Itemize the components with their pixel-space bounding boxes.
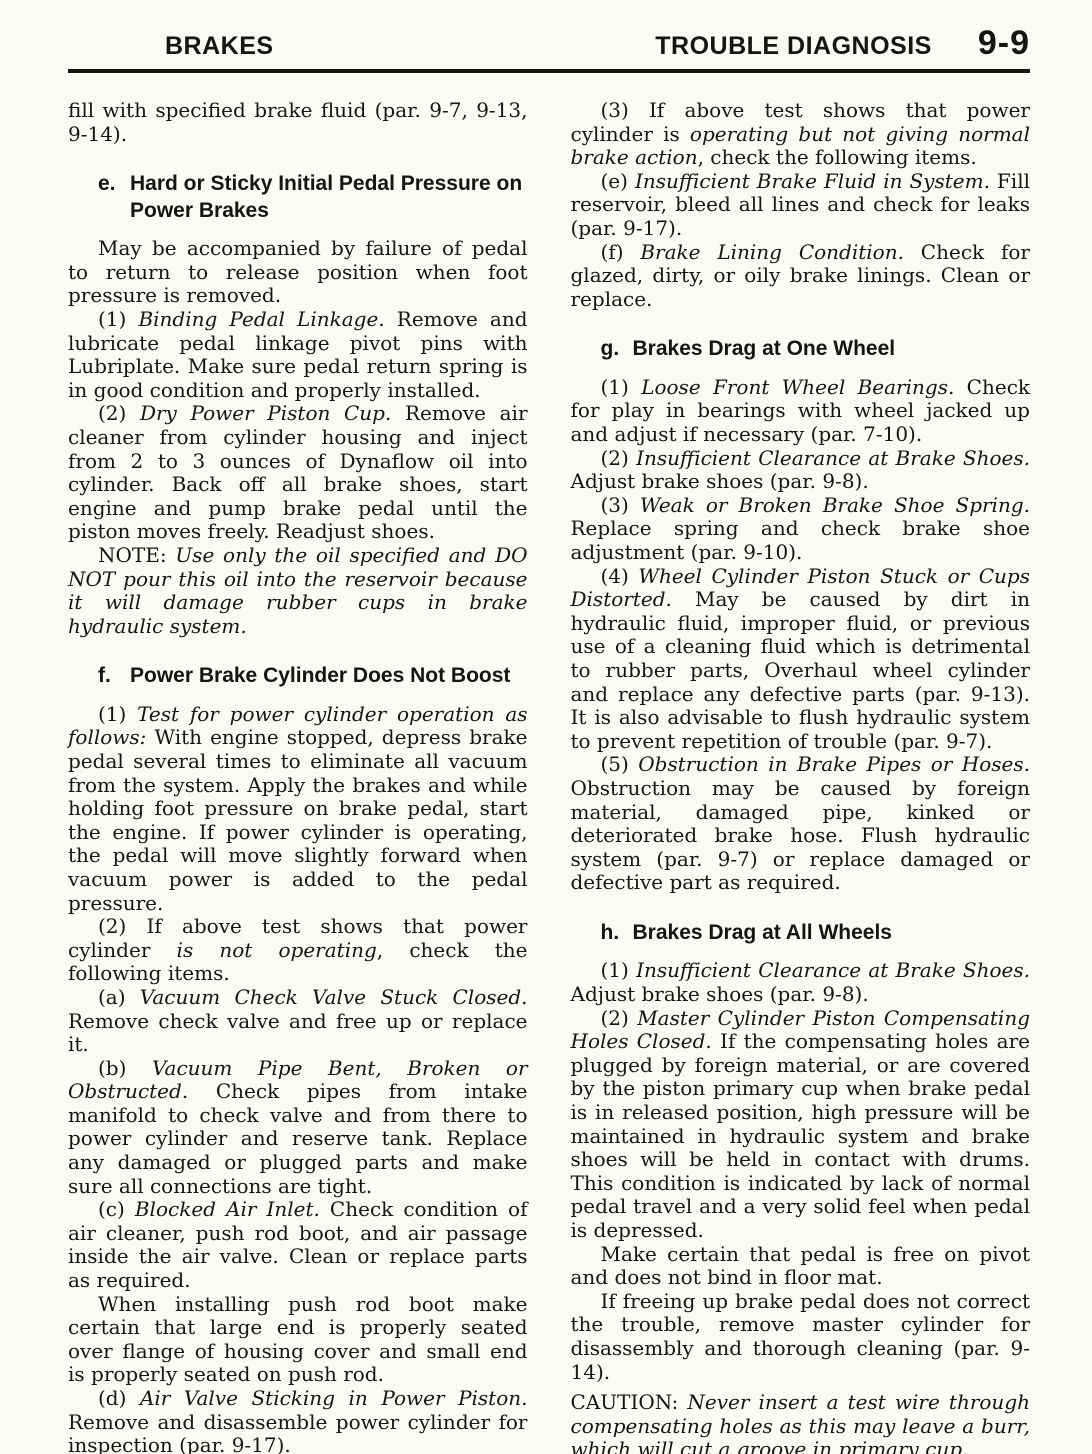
text-segment: Adjust brake shoes (par. 9-8). — [571, 982, 869, 1006]
text-segment: Replace spring and check brake shoe adju… — [571, 516, 1031, 564]
paragraph: (2) Master Cylinder Piston Compensating … — [571, 1007, 1031, 1243]
text-segment: May be caused by dirt in hydraulic fluid… — [571, 587, 1031, 753]
section-heading-text: Power Brake Cylinder Does Not Boost — [130, 664, 510, 687]
italic-text-segment: Insufficient Clearance at Brake Shoes. — [636, 446, 1030, 470]
italic-text-segment: Insufficient Clearance at Brake Shoes. — [636, 958, 1030, 982]
text-segment: Remove check valve and free up or replac… — [68, 1009, 528, 1057]
section-heading-text: Hard or Sticky Initial Pedal Pressure on… — [130, 172, 522, 222]
right-column: (3) If above test shows that power cylin… — [571, 99, 1031, 1454]
paragraph: (d) Air Valve Sticking in Power Piston. … — [68, 1387, 528, 1454]
section-heading: h.Brakes Drag at All Wheels — [571, 920, 1031, 947]
section-heading-label: e. — [98, 171, 130, 198]
text-segment: NOTE: — [98, 543, 175, 567]
italic-text-segment: Weak or Broken Brake Shoe Spring. — [640, 493, 1030, 517]
text-segment: (c) — [98, 1197, 135, 1221]
text-segment: (4) — [601, 564, 639, 588]
italic-text-segment: Blocked Air Inlet. — [135, 1197, 320, 1221]
paragraph: (2) Insufficient Clearance at Brake Shoe… — [571, 447, 1031, 494]
paragraph: (f) Brake Lining Condition. Check for gl… — [571, 241, 1031, 312]
text-segment: (e) — [601, 169, 635, 193]
text-segment: (3) — [601, 493, 640, 517]
section-heading-text: Brakes Drag at One Wheel — [633, 337, 896, 360]
page-number: 9-9 — [978, 24, 1030, 63]
text-segment: Obstruction may be caused by foreign mat… — [571, 776, 1031, 894]
paragraph: (4) Wheel Cylinder Piston Stuck or Cups … — [571, 565, 1031, 754]
text-segment: (5) — [601, 752, 639, 776]
paragraph: (3) If above test shows that power cylin… — [571, 99, 1031, 170]
italic-text-segment: Loose Front Wheel Bearings. — [641, 375, 954, 399]
paragraph: Make certain that pedal is free on pivot… — [571, 1243, 1031, 1290]
paragraph: (2) Dry Power Piston Cup. Remove air cle… — [68, 402, 528, 544]
text-segment: CAUTION: — [571, 1390, 688, 1414]
italic-text-segment: Binding Pedal Linkage. — [138, 307, 384, 331]
text-segment: Remove and disassemble power cylinder fo… — [68, 1410, 528, 1454]
text-segment: (1) — [98, 307, 138, 331]
section-heading-text: Brakes Drag at All Wheels — [633, 921, 893, 944]
section-heading-label: h. — [601, 920, 633, 947]
running-head-right: TROUBLE DIAGNOSIS — [655, 32, 932, 61]
text-segment: May be accompanied by failure of pedal t… — [68, 236, 528, 307]
text-segment: Make certain that pedal is free on pivot… — [571, 1242, 1031, 1290]
paragraph: (1) Binding Pedal Linkage. Remove and lu… — [68, 308, 528, 402]
text-segment: (2) — [98, 401, 140, 425]
italic-text-segment: Vacuum Check Valve Stuck Closed. — [140, 985, 528, 1009]
paragraph: NOTE: Use only the oil specified and DO … — [68, 544, 528, 638]
text-segment: When installing push rod boot make certa… — [68, 1292, 528, 1387]
text-segment: (a) — [98, 985, 140, 1009]
italic-text-segment: Brake Lining Condition. — [640, 240, 904, 264]
italic-text-segment: Obstruction in Brake Pipes or Hoses. — [638, 752, 1030, 776]
paragraph: CAUTION: Never insert a test wire throug… — [571, 1391, 1031, 1454]
text-segment: If freeing up brake pedal does not corre… — [571, 1289, 1031, 1384]
text-segment: , check the following items. — [698, 145, 977, 169]
paragraph: (1) Test for power cylinder operation as… — [68, 703, 528, 915]
section-heading-label: f. — [98, 663, 130, 690]
text-segment: (1) — [601, 375, 642, 399]
paragraph: (1) Loose Front Wheel Bearings. Check fo… — [571, 376, 1031, 447]
text-segment: Adjust brake shoes (par. 9-8). — [571, 469, 869, 493]
paragraph: (3) Weak or Broken Brake Shoe Spring. Re… — [571, 494, 1031, 565]
text-segment: (1) — [98, 702, 137, 726]
two-column-body: fill with specified brake fluid (par. 9-… — [68, 99, 1030, 1454]
paragraph: (5) Obstruction in Brake Pipes or Hoses.… — [571, 753, 1031, 895]
text-segment: If the compensating holes are plugged by… — [571, 1029, 1031, 1242]
paragraph: If freeing up brake pedal does not corre… — [571, 1290, 1031, 1384]
manual-page: BRAKES TROUBLE DIAGNOSIS 9-9 fill with s… — [0, 0, 1092, 1454]
paragraph: (c) Blocked Air Inlet. Check condition o… — [68, 1198, 528, 1292]
italic-text-segment: is not operating — [177, 938, 377, 962]
text-segment: (2) — [601, 1006, 638, 1030]
running-head-left: BRAKES — [165, 32, 274, 61]
paragraph: (2) If above test shows that power cylin… — [68, 915, 528, 986]
paragraph: fill with specified brake fluid (par. 9-… — [68, 99, 528, 146]
italic-text-segment: Air Valve Sticking in Power Piston. — [140, 1386, 528, 1410]
paragraph: (a) Vacuum Check Valve Stuck Closed. Rem… — [68, 986, 528, 1057]
paragraph: (e) Insufficient Brake Fluid in System. … — [571, 170, 1031, 241]
italic-text-segment: Dry Power Piston Cup. — [140, 401, 391, 425]
section-heading: g.Brakes Drag at One Wheel — [571, 336, 1031, 363]
section-heading: e.Hard or Sticky Initial Pedal Pressure … — [68, 171, 528, 224]
paragraph: (1) Insufficient Clearance at Brake Shoe… — [571, 959, 1031, 1006]
left-column: fill with specified brake fluid (par. 9-… — [68, 99, 528, 1454]
running-head-right-group: TROUBLE DIAGNOSIS 9-9 — [655, 24, 1030, 63]
text-segment: (f) — [601, 240, 641, 264]
section-heading: f.Power Brake Cylinder Does Not Boost — [68, 663, 528, 690]
text-segment: (2) — [601, 446, 637, 470]
paragraph: May be accompanied by failure of pedal t… — [68, 237, 528, 308]
text-segment: (d) — [98, 1386, 140, 1410]
text-segment: (b) — [98, 1056, 152, 1080]
italic-text-segment: Insufficient Brake Fluid in System. — [635, 169, 990, 193]
text-segment: fill with specified brake fluid (par. 9-… — [68, 98, 528, 146]
text-segment: (1) — [601, 958, 637, 982]
text-segment: With engine stopped, depress brake pedal… — [68, 725, 528, 914]
section-heading-label: g. — [601, 336, 633, 363]
paragraph: (b) Vacuum Pipe Bent, Broken or Obstruct… — [68, 1057, 528, 1199]
paragraph: When installing push rod boot make certa… — [68, 1293, 528, 1387]
page-header: BRAKES TROUBLE DIAGNOSIS 9-9 — [68, 24, 1030, 73]
